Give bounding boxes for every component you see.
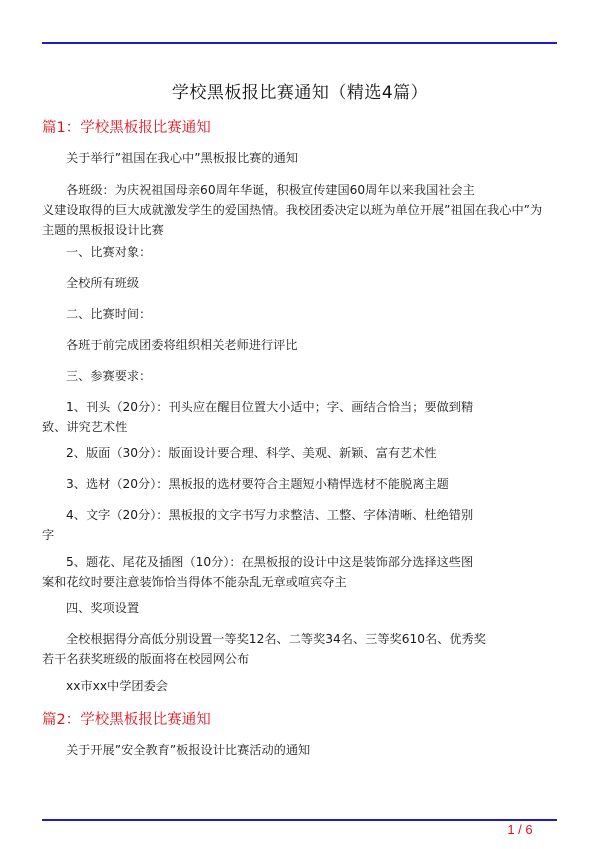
paragraph-line: 义建设取得的巨大成就激发学生的爱国热情。我校团委决定以班为单位开展”祖国在我心中… xyxy=(42,200,542,220)
paragraph-line: 2、版面（30分）：版面设计要合理、科学、美观、新颖、富有艺术性 xyxy=(42,443,542,463)
paragraph-line: 主题的黑板报设计比赛 xyxy=(42,220,542,240)
paragraph-line: 全校根据得分高低分别设置一等奖12名、二等奖34名、三等奖610名、优秀奖 xyxy=(42,629,542,649)
paragraph: 3、选材（20分）：黑板报的选材要符合主题短小精悍选材不能脱离主题 xyxy=(42,474,542,494)
section-heading-1: 篇1：学校黑板报比赛通知 xyxy=(42,116,211,137)
paragraph: 2、版面（30分）：版面设计要合理、科学、美观、新颖、富有艺术性 xyxy=(42,443,542,463)
document-title: 学校黑板报比赛通知（精选4篇） xyxy=(0,78,600,103)
header-rule xyxy=(42,42,557,44)
paragraph-line: 3、选材（20分）：黑板报的选材要符合主题短小精悍选材不能脱离主题 xyxy=(42,474,542,494)
paragraph-line: 5、题花、尾花及插图（10分）：在黑板报的设计中这是装饰部分选择这些图 xyxy=(42,552,542,572)
paragraph: 关于举行”祖国在我心中”黑板报比赛的通知 xyxy=(42,148,542,168)
paragraph-line: 关于开展”安全教育”板报设计比赛活动的通知 xyxy=(42,740,542,760)
paragraph: 关于开展”安全教育”板报设计比赛活动的通知 xyxy=(42,740,542,760)
paragraph-line: 各班于前完成团委将组织相关老师进行评比 xyxy=(42,335,542,355)
paragraph: 二、比赛时间： xyxy=(42,304,542,324)
paragraph-line: 致、讲究艺术性 xyxy=(42,417,542,437)
paragraph: 一、比赛对象： xyxy=(42,242,542,262)
paragraph: 全校根据得分高低分别设置一等奖12名、二等奖34名、三等奖610名、优秀奖 若干… xyxy=(42,629,542,669)
paragraph-line: 字 xyxy=(42,525,542,545)
paragraph: 四、奖项设置 xyxy=(42,598,542,618)
paragraph-line: 4、文字（20分）：黑板报的文字书写力求整洁、工整、字体清晰、杜绝错别 xyxy=(42,505,542,525)
page-indicator: 1 / 6 xyxy=(500,822,540,837)
paragraph-line: 一、比赛对象： xyxy=(42,242,542,262)
paragraph-line: 全校所有班级 xyxy=(42,273,542,293)
paragraph: 1、刊头（20分）：刊头应在醒目位置大小适中；字、画结合恰当；要做到精 致、讲究… xyxy=(42,397,542,437)
paragraph: 全校所有班级 xyxy=(42,273,542,293)
paragraph-line: 各班级：为庆祝祖国母亲60周年华诞，积极宣传建国60周年以来我国社会主 xyxy=(42,180,542,200)
paragraph-line: 三、参赛要求： xyxy=(42,366,542,386)
paragraph: 5、题花、尾花及插图（10分）：在黑板报的设计中这是装饰部分选择这些图 案和花纹… xyxy=(42,552,542,592)
footer-rule xyxy=(42,819,557,821)
paragraph: xx市xx中学团委会 xyxy=(42,676,542,696)
paragraph-line: xx市xx中学团委会 xyxy=(42,676,542,696)
paragraph: 各班于前完成团委将组织相关老师进行评比 xyxy=(42,335,542,355)
paragraph-line: 1、刊头（20分）：刊头应在醒目位置大小适中；字、画结合恰当；要做到精 xyxy=(42,397,542,417)
paragraph-line: 关于举行”祖国在我心中”黑板报比赛的通知 xyxy=(42,148,542,168)
paragraph-line: 案和花纹时要注意装饰恰当得体不能杂乱无章或喧宾夺主 xyxy=(42,572,542,592)
section-heading-2: 篇2：学校黑板报比赛通知 xyxy=(42,708,211,729)
paragraph-line: 若干名获奖班级的版面将在校园网公布 xyxy=(42,649,542,669)
paragraph: 三、参赛要求： xyxy=(42,366,542,386)
paragraph-line: 四、奖项设置 xyxy=(42,598,542,618)
paragraph-line: 二、比赛时间： xyxy=(42,304,542,324)
paragraph: 4、文字（20分）：黑板报的文字书写力求整洁、工整、字体清晰、杜绝错别 字 xyxy=(42,505,542,545)
paragraph: 各班级：为庆祝祖国母亲60周年华诞，积极宣传建国60周年以来我国社会主 义建设取… xyxy=(42,180,542,240)
